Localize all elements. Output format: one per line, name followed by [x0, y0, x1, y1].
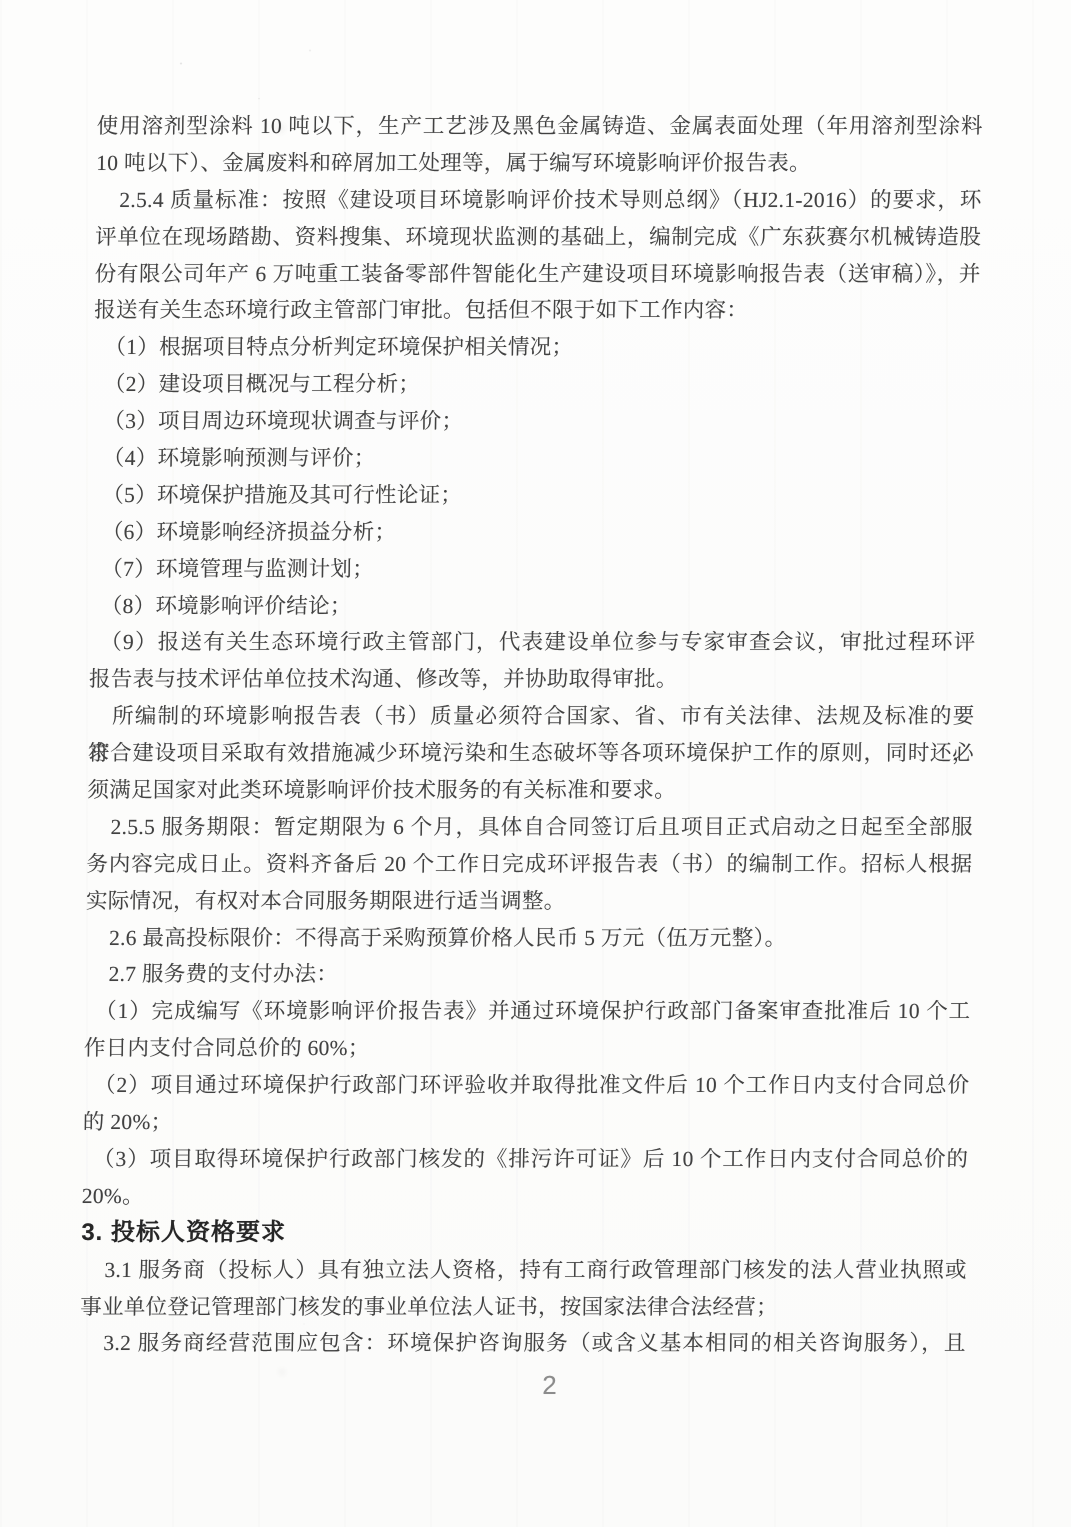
text-line: 务内容完成日止。资料齐备后 20 个工作日完成环评报告表（书）的编制工作。招标人…	[86, 846, 973, 883]
text-line: 事业单位登记管理部门核发的事业单位法人证书，按国家法律合法经营；	[80, 1289, 967, 1326]
text-line: 20%。	[82, 1178, 969, 1215]
document-page: 使用溶剂型涂料 10 吨以下，生产工艺涉及黑色金属铸造、金属表面处理（年用溶剂型…	[0, 0, 1071, 1527]
text-line: （2）建设项目概况与工程分析；	[93, 366, 980, 403]
text-line: （3）项目周边环境现状调查与评价；	[92, 403, 979, 440]
text-line: 报告表与技术评估单位技术沟通、修改等，并协助取得审批。	[89, 661, 976, 698]
text-line: （9）报送有关生态环境行政主管部门，代表建设单位参与专家审查会议，审批过程环评	[89, 624, 976, 661]
page-number: 2	[0, 1370, 1071, 1401]
text-line: 评单位在现场踏勘、资料搜集、环境现状监测的基础上，编制完成《广东荻赛尔机械铸造股	[95, 219, 982, 256]
document-body: 使用溶剂型涂料 10 吨以下，生产工艺涉及黑色金属铸造、金属表面处理（年用溶剂型…	[79, 108, 983, 1362]
text-line: （3）项目取得环境保护行政部门核发的《排污许可证》后 10 个工作日内支付合同总…	[82, 1141, 969, 1178]
text-line: （1）根据项目特点分析判定环境保护相关情况；	[93, 329, 980, 366]
text-line: （7）环境管理与监测计划；	[90, 551, 977, 588]
text-line: 份有限公司年产 6 万吨重工装备零部件智能化生产建设项目环境影响报告表（送审稿）…	[94, 256, 981, 293]
text-line: （4）环境影响预测与评价；	[92, 440, 979, 477]
text-line: 作日内支付合同总价的 60%；	[84, 1030, 971, 1067]
text-line: 2.6 最高投标限价：不得高于采购预算价格人民币 5 万元（伍万元整）。	[85, 920, 972, 957]
text-line: （5）环境保护措施及其可行性论证；	[91, 477, 978, 514]
text-line: 2.7 服务费的支付办法：	[85, 956, 972, 993]
text-line: （1）完成编写《环境影响评价报告表》并通过环境保护行政部门备案审查批准后 10 …	[84, 993, 971, 1030]
text-line: （8）环境影响评价结论；	[90, 588, 977, 625]
text-line: 使用溶剂型涂料 10 吨以下，生产工艺涉及黑色金属铸造、金属表面处理（年用溶剂型…	[96, 108, 983, 145]
text-line: 的 20%；	[83, 1104, 970, 1141]
text-line: 符合建设项目采取有效措施减少环境污染和生态破坏等各项环境保护工作的原则，同时还必	[88, 735, 975, 772]
text-line: 所编制的环境影响报告表（书）质量必须符合国家、省、市有关法律、法规及标准的要求，	[88, 698, 975, 735]
section-heading: 3. 投标人资格要求	[81, 1215, 968, 1252]
text-line: （6）环境影响经济损益分析；	[91, 514, 978, 551]
text-line: 实际情况，有权对本合同服务期限进行适当调整。	[86, 883, 973, 920]
text-line: （2）项目通过环境保护行政部门环评验收并取得批准文件后 10 个工作日内支付合同…	[83, 1067, 970, 1104]
text-line: 3.1 服务商（投标人）具有独立法人资格，持有工商行政管理部门核发的法人营业执照…	[81, 1252, 968, 1289]
text-line: 报送有关生态环境行政主管部门审批。包括但不限于如下工作内容：	[94, 292, 981, 329]
text-line: 须满足国家对此类环境影响评价技术服务的有关标准和要求。	[87, 772, 974, 809]
text-line: 3.2 服务商经营范围应包含：环境保护咨询服务（或含义基本相同的相关咨询服务），…	[79, 1325, 966, 1362]
text-line: 2.5.5 服务期限：暂定期限为 6 个月，具体自合同签订后且项目正式启动之日起…	[87, 809, 974, 846]
text-line: 10 吨以下）、金属废料和碎屑加工处理等，属于编写环境影响评价报告表。	[96, 145, 983, 182]
text-line: 2.5.4 质量标准：按照《建设项目环境影响评价技术导则总纲》（HJ2.1-20…	[95, 182, 982, 219]
